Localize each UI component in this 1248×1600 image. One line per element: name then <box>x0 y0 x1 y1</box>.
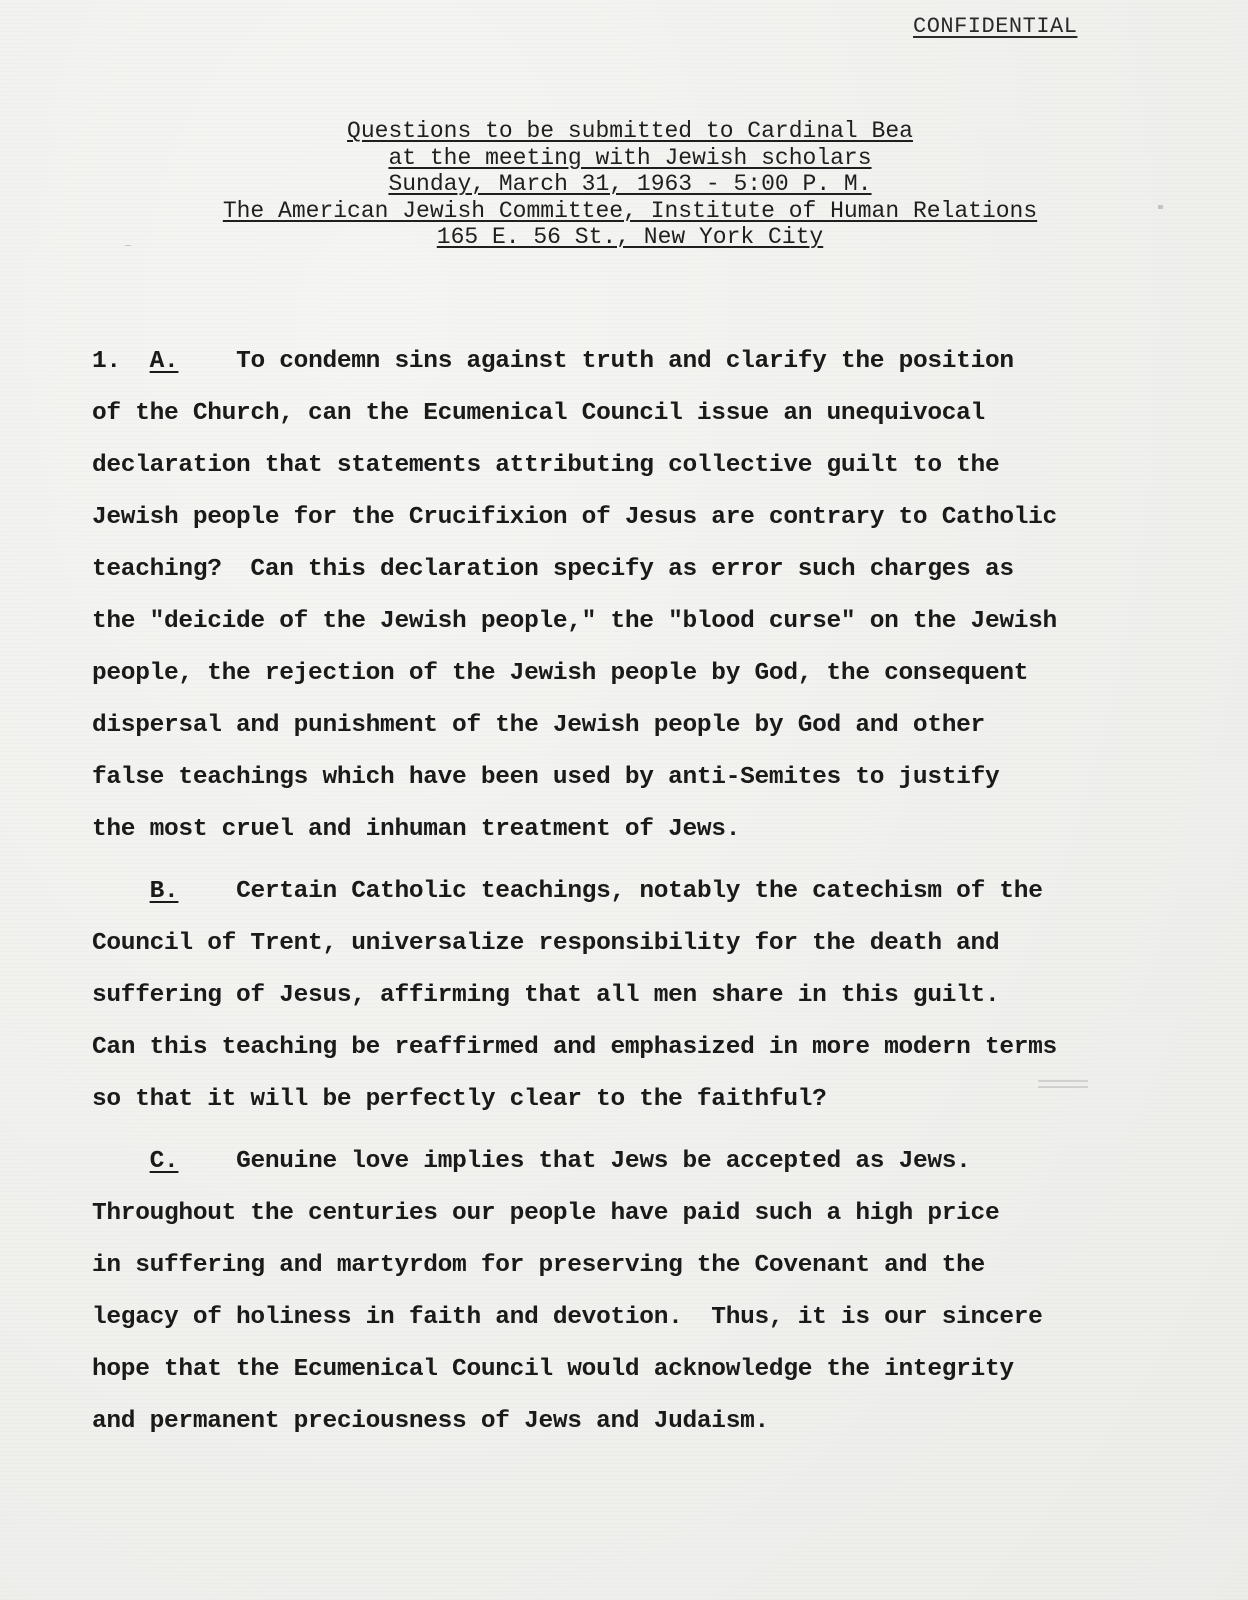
confidential-stamp: CONFIDENTIAL <box>913 14 1077 39</box>
heading-line: Sunday, March 31, 1963 - 5:00 P. M. <box>150 171 1110 198</box>
heading-line: 165 E. 56 St., New York City <box>150 224 1110 251</box>
paragraph-line: Jewish people for the Crucifixion of Jes… <box>92 492 1172 544</box>
document-heading: Questions to be submitted to Cardinal Be… <box>150 118 1110 251</box>
paragraph-line: so that it will be perfectly clear to th… <box>92 1074 1172 1126</box>
heading-line: Questions to be submitted to Cardinal Be… <box>150 118 1110 145</box>
paragraph-line: C. Genuine love implies that Jews be acc… <box>92 1136 1172 1188</box>
heading-line: at the meeting with Jewish scholars <box>150 145 1110 172</box>
paragraph-line: teaching? Can this declaration specify a… <box>92 544 1172 596</box>
paragraph-line: in suffering and martyrdom for preservin… <box>92 1240 1172 1292</box>
paragraph-line: the "deicide of the Jewish people," the … <box>92 596 1172 648</box>
paragraph-line: of the Church, can the Ecumenical Counci… <box>92 388 1172 440</box>
paper-speck <box>125 245 131 246</box>
section-c: C. Genuine love implies that Jews be acc… <box>92 1136 1172 1448</box>
paragraph-line: people, the rejection of the Jewish peop… <box>92 648 1172 700</box>
paragraph-line: Throughout the centuries our people have… <box>92 1188 1172 1240</box>
paragraph-line: declaration that statements attributing … <box>92 440 1172 492</box>
paragraph-line: 1. A. To condemn sins against truth and … <box>92 336 1172 388</box>
section-b: B. Certain Catholic teachings, notably t… <box>92 866 1172 1126</box>
paragraph-line: hope that the Ecumenical Council would a… <box>92 1344 1172 1396</box>
paper-speck <box>1158 205 1163 209</box>
paragraph-line: and permanent preciousness of Jews and J… <box>92 1396 1172 1448</box>
paper-speck <box>1038 1080 1088 1082</box>
paragraph-line: B. Certain Catholic teachings, notably t… <box>92 866 1172 918</box>
paragraph-line: dispersal and punishment of the Jewish p… <box>92 700 1172 752</box>
paragraph-line: Council of Trent, universalize responsib… <box>92 918 1172 970</box>
section-a: 1. A. To condemn sins against truth and … <box>92 336 1172 856</box>
paragraph-line: Can this teaching be reaffirmed and emph… <box>92 1022 1172 1074</box>
item-number: 1. <box>92 348 121 375</box>
paragraph-line: suffering of Jesus, affirming that all m… <box>92 970 1172 1022</box>
paragraph-line: false teachings which have been used by … <box>92 752 1172 804</box>
typewritten-page: CONFIDENTIAL Questions to be submitted t… <box>0 0 1248 1600</box>
item-letter: C. <box>150 1148 179 1175</box>
paper-speck <box>1038 1086 1088 1088</box>
paragraph-line: legacy of holiness in faith and devotion… <box>92 1292 1172 1344</box>
item-letter: A. <box>150 348 179 375</box>
document-body: 1. A. To condemn sins against truth and … <box>92 336 1172 1448</box>
section-gap <box>92 1126 1172 1136</box>
heading-line: The American Jewish Committee, Institute… <box>150 198 1110 225</box>
item-letter: B. <box>150 878 179 905</box>
paragraph-line: the most cruel and inhuman treatment of … <box>92 804 1172 856</box>
section-gap <box>92 856 1172 866</box>
